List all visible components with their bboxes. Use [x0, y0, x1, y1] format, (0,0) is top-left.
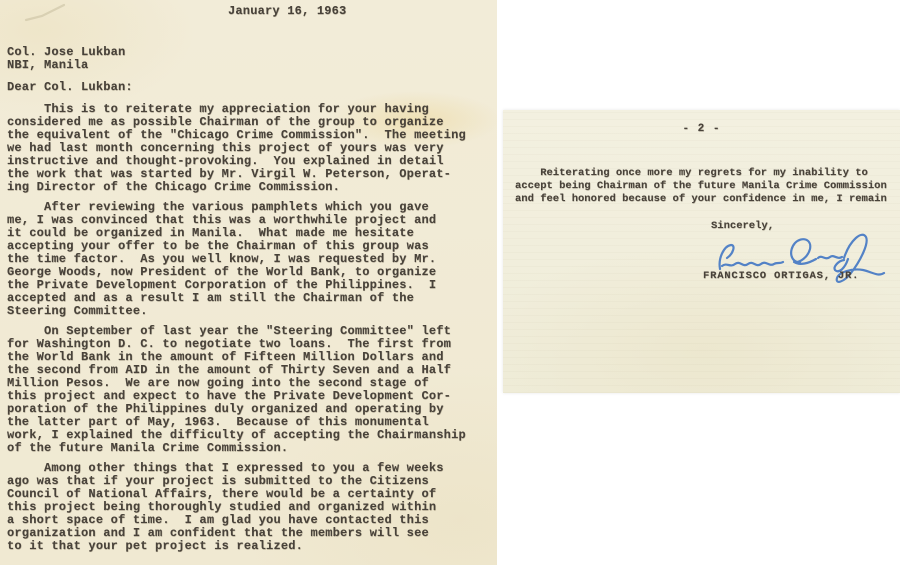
letter-page-2: - 2 - Reiterating once more my regrets f… [503, 110, 900, 393]
typed-signature-name: FRANCISCO ORTIGAS, JR. [703, 270, 859, 283]
letter-date: January 16, 1963 [228, 5, 346, 18]
closing-paragraph: Reiterating once more my regrets for my … [515, 167, 887, 206]
pencil-mark-icon [22, 2, 68, 24]
salutation: Dear Col. Lukban: [7, 81, 133, 94]
letter-body: This is to reiterate my appreciation for… [7, 103, 493, 560]
recipient-org: NBI, Manila [7, 59, 125, 72]
paragraph-4: Among other things that I expressed to y… [7, 462, 493, 553]
letter-page-1: January 16, 1963 Col. Jose Lukban NBI, M… [0, 0, 497, 565]
page-number: - 2 - [503, 123, 900, 135]
paragraph-2: After reviewing the various pamphlets wh… [7, 201, 493, 318]
paragraph-1: This is to reiterate my appreciation for… [7, 103, 493, 194]
recipient-address: Col. Jose Lukban NBI, Manila [7, 46, 125, 72]
paragraph-3: On September of last year the "Steering … [7, 325, 493, 455]
